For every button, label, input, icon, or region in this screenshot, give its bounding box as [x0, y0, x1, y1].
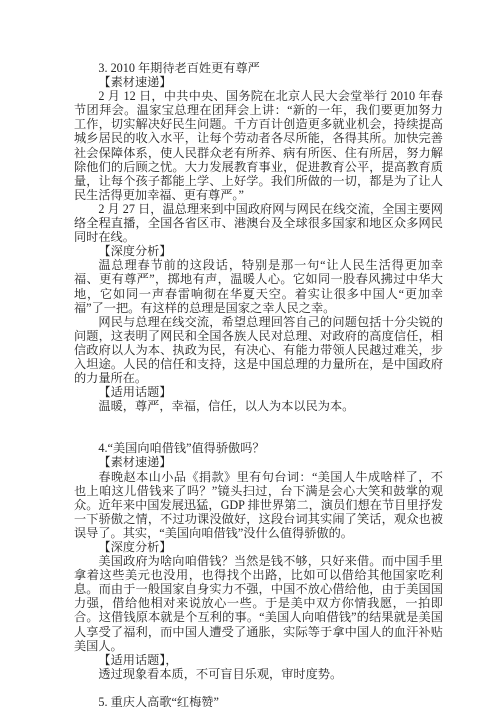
- document-page: 3. 2010 年期待老百姓更有尊严 【素材速递】 2 月 12 日，中共中央、…: [0, 0, 500, 707]
- bracket-label-analysis: 【深度分析】: [74, 540, 443, 554]
- paragraph: 2 月 12 日，中共中央、国务院在北京人民大会堂举行 2010 年春节团拜会。…: [74, 89, 443, 202]
- bracket-label-material: 【素材速递】: [74, 455, 443, 469]
- section-4: 4.“美国向咱借钱”值得骄傲吗？ 【素材速递】 春晚赵本山小品《捐款》里有句台词…: [74, 441, 443, 681]
- paragraph: 温暖，尊严，幸福，信任，以人为本以民为本。: [74, 399, 443, 413]
- section-heading: 5. 重庆人高歌“红梅赞”: [74, 695, 443, 707]
- paragraph: 春晚赵本山小品《捐款》里有句台词：“美国人牛成啥样了，不也上咱这儿借钱来了吗？”…: [74, 470, 443, 540]
- paragraph: 温总理春节前的这段话，特别是那一句“让人民生活得更加幸福、更有尊严”，掷地有声，…: [74, 258, 443, 314]
- bracket-label-material: 【素材速递】: [74, 75, 443, 89]
- section-5: 5. 重庆人高歌“红梅赞”: [74, 695, 443, 707]
- paragraph: 美国政府为啥向咱借钱？当然是钱不够，只好来借。而中国手里拿着这些美元也没用，也得…: [74, 554, 443, 653]
- bracket-label-analysis: 【深度分析】: [74, 244, 443, 258]
- paragraph: 透过现象看本质，不可盲目乐观，审时度势。: [74, 667, 443, 681]
- section-heading: 4.“美国向咱借钱”值得骄傲吗？: [74, 441, 443, 455]
- paragraph: 2 月 27 日，温总理来到中国政府网与网民在线交流，全国主要网络全程直播，全国…: [74, 202, 443, 244]
- section-3: 3. 2010 年期待老百姓更有尊严 【素材速递】 2 月 12 日，中共中央、…: [74, 61, 443, 413]
- paragraph: 网民与总理在线交流，希望总理回答自己的问题包括十分尖锐的问题，这表明了网民和全国…: [74, 315, 443, 385]
- section-heading: 3. 2010 年期待老百姓更有尊严: [74, 61, 443, 75]
- bracket-label-topics: 【适用话题】，: [74, 653, 443, 667]
- bracket-label-topics: 【适用话题】: [74, 385, 443, 399]
